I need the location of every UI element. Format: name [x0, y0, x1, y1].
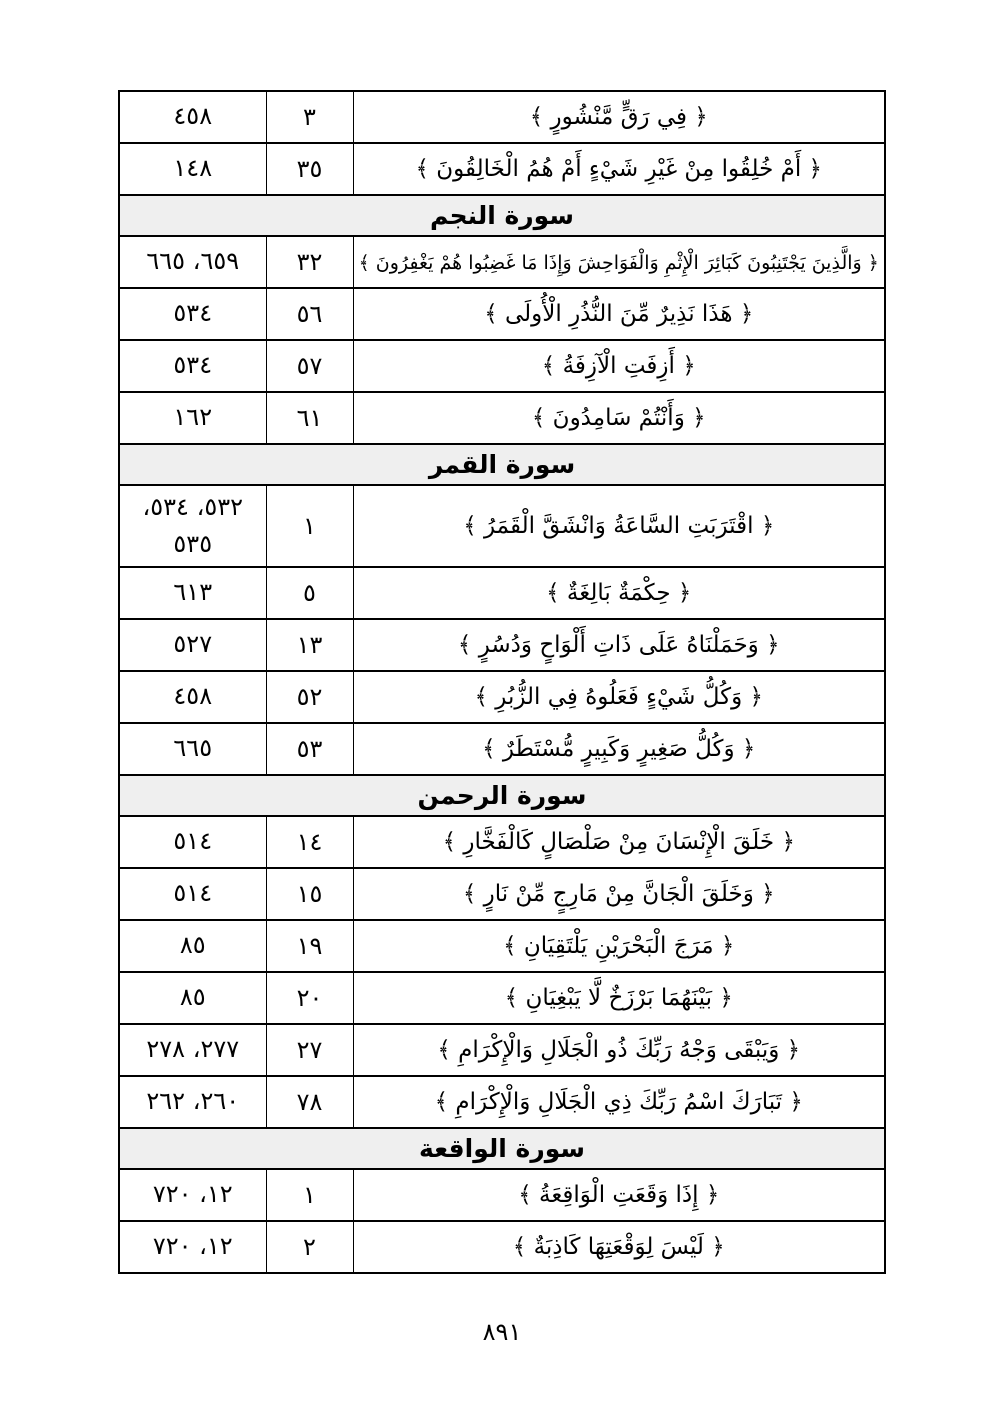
- verse-text-cell: ﴿ وَكُلُّ شَيْءٍ فَعَلُوهُ فِي الزُّبُرِ…: [353, 671, 885, 723]
- verse-row: ﴿ وَالَّذِينَ يَجْتَنِبُونَ كَبَائِرَ ال…: [119, 236, 885, 288]
- ayah-number-cell: ٢٠: [266, 972, 353, 1024]
- verse-row: ﴿ أَزِفَتِ الْآزِفَةُ ﴾ ٥٧ ٥٣٤: [119, 340, 885, 392]
- ayah-number-cell: ٥: [266, 567, 353, 619]
- ayah-number-cell: ٥٢: [266, 671, 353, 723]
- ayah-number-cell: ١٥: [266, 868, 353, 920]
- document-page: ﴿ فِي رَقٍّ مَّنْشُورٍ ﴾ ٣ ٤٥٨ ﴿ أَمْ خُ…: [0, 0, 1004, 1418]
- verse-row: ﴿ هَذَا نَذِيرٌ مِّنَ النُّذُرِ الْأُولَ…: [119, 288, 885, 340]
- ayah-number-cell: ٥٧: [266, 340, 353, 392]
- page-numbers-cell: ١٢، ٧٢٠: [119, 1169, 266, 1221]
- ayah-number-cell: ١: [266, 1169, 353, 1221]
- verse-row: ﴿ وَكُلُّ صَغِيرٍ وَكَبِيرٍ مُّسْتَطَرٌ …: [119, 723, 885, 775]
- surah-header: سورة الرحمن: [119, 775, 885, 816]
- surah-header-row: سورة الواقعة: [119, 1128, 885, 1169]
- verse-row: ﴿ وَخَلَقَ الْجَانَّ مِنْ مَارِجٍ مِّنْ …: [119, 868, 885, 920]
- page-numbers-cell: ٢٧٧، ٢٧٨: [119, 1024, 266, 1076]
- page-numbers-cell: ١٢، ٧٢٠: [119, 1221, 266, 1273]
- verse-row: ﴿ أَمْ خُلِقُوا مِنْ غَيْرِ شَيْءٍ أَمْ …: [119, 143, 885, 195]
- verse-text: ﴿ لَيْسَ لِوَقْعَتِهَا كَاذِبَةٌ ﴾: [513, 1234, 725, 1260]
- verse-text: ﴿ اقْتَرَبَتِ السَّاعَةُ وَانْشَقَّ الْق…: [463, 513, 774, 539]
- verse-text-cell: ﴿ أَزِفَتِ الْآزِفَةُ ﴾: [353, 340, 885, 392]
- page-numbers-cell: ٨٥: [119, 972, 266, 1024]
- verse-text-cell: ﴿ هَذَا نَذِيرٌ مِّنَ النُّذُرِ الْأُولَ…: [353, 288, 885, 340]
- verse-row: ﴿ فِي رَقٍّ مَّنْشُورٍ ﴾ ٣ ٤٥٨: [119, 91, 885, 143]
- surah-header-row: سورة الرحمن: [119, 775, 885, 816]
- verse-text-cell: ﴿ لَيْسَ لِوَقْعَتِهَا كَاذِبَةٌ ﴾: [353, 1221, 885, 1273]
- verse-text: ﴿ وَخَلَقَ الْجَانَّ مِنْ مَارِجٍ مِّنْ …: [463, 881, 775, 907]
- verse-text: ﴿ مَرَجَ الْبَحْرَيْنِ يَلْتَقِيَانِ ﴾: [503, 933, 734, 959]
- verse-text-cell: ﴿ بَيْنَهُمَا بَرْزَخٌ لَّا يَبْغِيَانِ …: [353, 972, 885, 1024]
- verse-text-cell: ﴿ مَرَجَ الْبَحْرَيْنِ يَلْتَقِيَانِ ﴾: [353, 920, 885, 972]
- verse-text: ﴿ وَحَمَلْنَاهُ عَلَى ذَاتِ أَلْوَاحٍ وَ…: [458, 632, 780, 658]
- verse-row: ﴿ مَرَجَ الْبَحْرَيْنِ يَلْتَقِيَانِ ﴾ ١…: [119, 920, 885, 972]
- page-numbers-cell: ٥٣٤: [119, 288, 266, 340]
- surah-header: سورة الواقعة: [119, 1128, 885, 1169]
- verse-text-cell: ﴿ وَأَنْتُمْ سَامِدُونَ ﴾: [353, 392, 885, 444]
- ayah-number-cell: ٢٧: [266, 1024, 353, 1076]
- verse-text: ﴿ أَمْ خُلِقُوا مِنْ غَيْرِ شَيْءٍ أَمْ …: [415, 156, 822, 182]
- verse-text-cell: ﴿ اقْتَرَبَتِ السَّاعَةُ وَانْشَقَّ الْق…: [353, 485, 885, 567]
- verse-text: ﴿ خَلَقَ الْإِنْسَانَ مِنْ صَلْصَالٍ كَا…: [443, 829, 795, 855]
- ayah-number-cell: ١: [266, 485, 353, 567]
- page-numbers-cell: ٤٥٨: [119, 671, 266, 723]
- verse-text: ﴿ إِذَا وَقَعَتِ الْوَاقِعَةُ ﴾: [518, 1182, 719, 1208]
- ayah-number-cell: ٧٨: [266, 1076, 353, 1128]
- verse-text: ﴿ وَالَّذِينَ يَجْتَنِبُونَ كَبَائِرَ ال…: [359, 252, 879, 274]
- page-numbers-cell: ٦٥٩، ٦٦٥: [119, 236, 266, 288]
- footer-page-number: ٨٩١: [0, 1318, 1004, 1346]
- verse-text-cell: ﴿ خَلَقَ الْإِنْسَانَ مِنْ صَلْصَالٍ كَا…: [353, 816, 885, 868]
- verse-index-table: ﴿ فِي رَقٍّ مَّنْشُورٍ ﴾ ٣ ٤٥٨ ﴿ أَمْ خُ…: [118, 90, 886, 1274]
- ayah-number-cell: ٢: [266, 1221, 353, 1273]
- page-numbers-cell: ٨٥: [119, 920, 266, 972]
- verse-row: ﴿ تَبَارَكَ اسْمُ رَبِّكَ ذِي الْجَلَالِ…: [119, 1076, 885, 1128]
- verse-text-cell: ﴿ وَالَّذِينَ يَجْتَنِبُونَ كَبَائِرَ ال…: [353, 236, 885, 288]
- verse-text-cell: ﴿ وَكُلُّ صَغِيرٍ وَكَبِيرٍ مُّسْتَطَرٌ …: [353, 723, 885, 775]
- page-numbers-cell: ٦٦٥: [119, 723, 266, 775]
- ayah-number-cell: ١٤: [266, 816, 353, 868]
- page-numbers-cell: ٥١٤: [119, 868, 266, 920]
- page-numbers-cell: ٦١٣: [119, 567, 266, 619]
- verse-text-cell: ﴿ وَحَمَلْنَاهُ عَلَى ذَاتِ أَلْوَاحٍ وَ…: [353, 619, 885, 671]
- surah-header-row: سورة القمر: [119, 444, 885, 485]
- ayah-number-cell: ٣٥: [266, 143, 353, 195]
- verse-row: ﴿ اقْتَرَبَتِ السَّاعَةُ وَانْشَقَّ الْق…: [119, 485, 885, 567]
- verse-text-cell: ﴿ فِي رَقٍّ مَّنْشُورٍ ﴾: [353, 91, 885, 143]
- verse-row: ﴿ وَأَنْتُمْ سَامِدُونَ ﴾ ٦١ ١٦٢: [119, 392, 885, 444]
- page-numbers-cell: ١٦٢: [119, 392, 266, 444]
- page-numbers-cell: ٥٣٤: [119, 340, 266, 392]
- surah-header: سورة النجم: [119, 195, 885, 236]
- surah-header-row: سورة النجم: [119, 195, 885, 236]
- verse-text-cell: ﴿ وَخَلَقَ الْجَانَّ مِنْ مَارِجٍ مِّنْ …: [353, 868, 885, 920]
- ayah-number-cell: ٣٢: [266, 236, 353, 288]
- surah-header: سورة القمر: [119, 444, 885, 485]
- page-numbers-cell: ٢٦٠، ٢٦٢: [119, 1076, 266, 1128]
- verse-row: ﴿ وَكُلُّ شَيْءٍ فَعَلُوهُ فِي الزُّبُرِ…: [119, 671, 885, 723]
- verse-text-cell: ﴿ حِكْمَةٌ بَالِغَةٌ ﴾: [353, 567, 885, 619]
- verse-text-cell: ﴿ إِذَا وَقَعَتِ الْوَاقِعَةُ ﴾: [353, 1169, 885, 1221]
- page-numbers-cell: ٥١٤: [119, 816, 266, 868]
- verse-text: ﴿ وَأَنْتُمْ سَامِدُونَ ﴾: [532, 405, 706, 431]
- ayah-number-cell: ٦١: [266, 392, 353, 444]
- verse-text: ﴿ أَزِفَتِ الْآزِفَةُ ﴾: [542, 353, 696, 379]
- verse-row: ﴿ إِذَا وَقَعَتِ الْوَاقِعَةُ ﴾ ١ ١٢، ٧٢…: [119, 1169, 885, 1221]
- verse-text-cell: ﴿ أَمْ خُلِقُوا مِنْ غَيْرِ شَيْءٍ أَمْ …: [353, 143, 885, 195]
- ayah-number-cell: ٥٦: [266, 288, 353, 340]
- page-numbers-cell: ٥٢٧: [119, 619, 266, 671]
- verse-text: ﴿ بَيْنَهُمَا بَرْزَخٌ لَّا يَبْغِيَانِ …: [505, 985, 733, 1011]
- verse-text: ﴿ تَبَارَكَ اسْمُ رَبِّكَ ذِي الْجَلَالِ…: [435, 1089, 803, 1115]
- verse-text: ﴿ حِكْمَةٌ بَالِغَةٌ ﴾: [546, 580, 691, 606]
- page-numbers-cell: ٤٥٨: [119, 91, 266, 143]
- verse-row: ﴿ وَحَمَلْنَاهُ عَلَى ذَاتِ أَلْوَاحٍ وَ…: [119, 619, 885, 671]
- verse-row: ﴿ بَيْنَهُمَا بَرْزَخٌ لَّا يَبْغِيَانِ …: [119, 972, 885, 1024]
- verse-row: ﴿ خَلَقَ الْإِنْسَانَ مِنْ صَلْصَالٍ كَا…: [119, 816, 885, 868]
- verse-row: ﴿ وَيَبْقَى وَجْهُ رَبِّكَ ذُو الْجَلَال…: [119, 1024, 885, 1076]
- ayah-number-cell: ٣: [266, 91, 353, 143]
- verse-text: ﴿ وَكُلُّ صَغِيرٍ وَكَبِيرٍ مُّسْتَطَرٌ …: [482, 736, 755, 762]
- page-numbers-cell: ١٤٨: [119, 143, 266, 195]
- verse-text: ﴿ هَذَا نَذِيرٌ مِّنَ النُّذُرِ الْأُولَ…: [484, 301, 753, 327]
- ayah-number-cell: ١٩: [266, 920, 353, 972]
- verse-text-cell: ﴿ تَبَارَكَ اسْمُ رَبِّكَ ذِي الْجَلَالِ…: [353, 1076, 885, 1128]
- verse-row: ﴿ لَيْسَ لِوَقْعَتِهَا كَاذِبَةٌ ﴾ ٢ ١٢،…: [119, 1221, 885, 1273]
- verse-text: ﴿ وَكُلُّ شَيْءٍ فَعَلُوهُ فِي الزُّبُرِ…: [474, 684, 763, 710]
- ayah-number-cell: ١٣: [266, 619, 353, 671]
- verse-text: ﴿ وَيَبْقَى وَجْهُ رَبِّكَ ذُو الْجَلَال…: [437, 1037, 800, 1063]
- verse-text-cell: ﴿ وَيَبْقَى وَجْهُ رَبِّكَ ذُو الْجَلَال…: [353, 1024, 885, 1076]
- verse-text: ﴿ فِي رَقٍّ مَّنْشُورٍ ﴾: [530, 104, 708, 130]
- page-numbers-cell: ٥٣٢، ٥٣٤، ٥٣٥: [119, 485, 266, 567]
- ayah-number-cell: ٥٣: [266, 723, 353, 775]
- verse-row: ﴿ حِكْمَةٌ بَالِغَةٌ ﴾ ٥ ٦١٣: [119, 567, 885, 619]
